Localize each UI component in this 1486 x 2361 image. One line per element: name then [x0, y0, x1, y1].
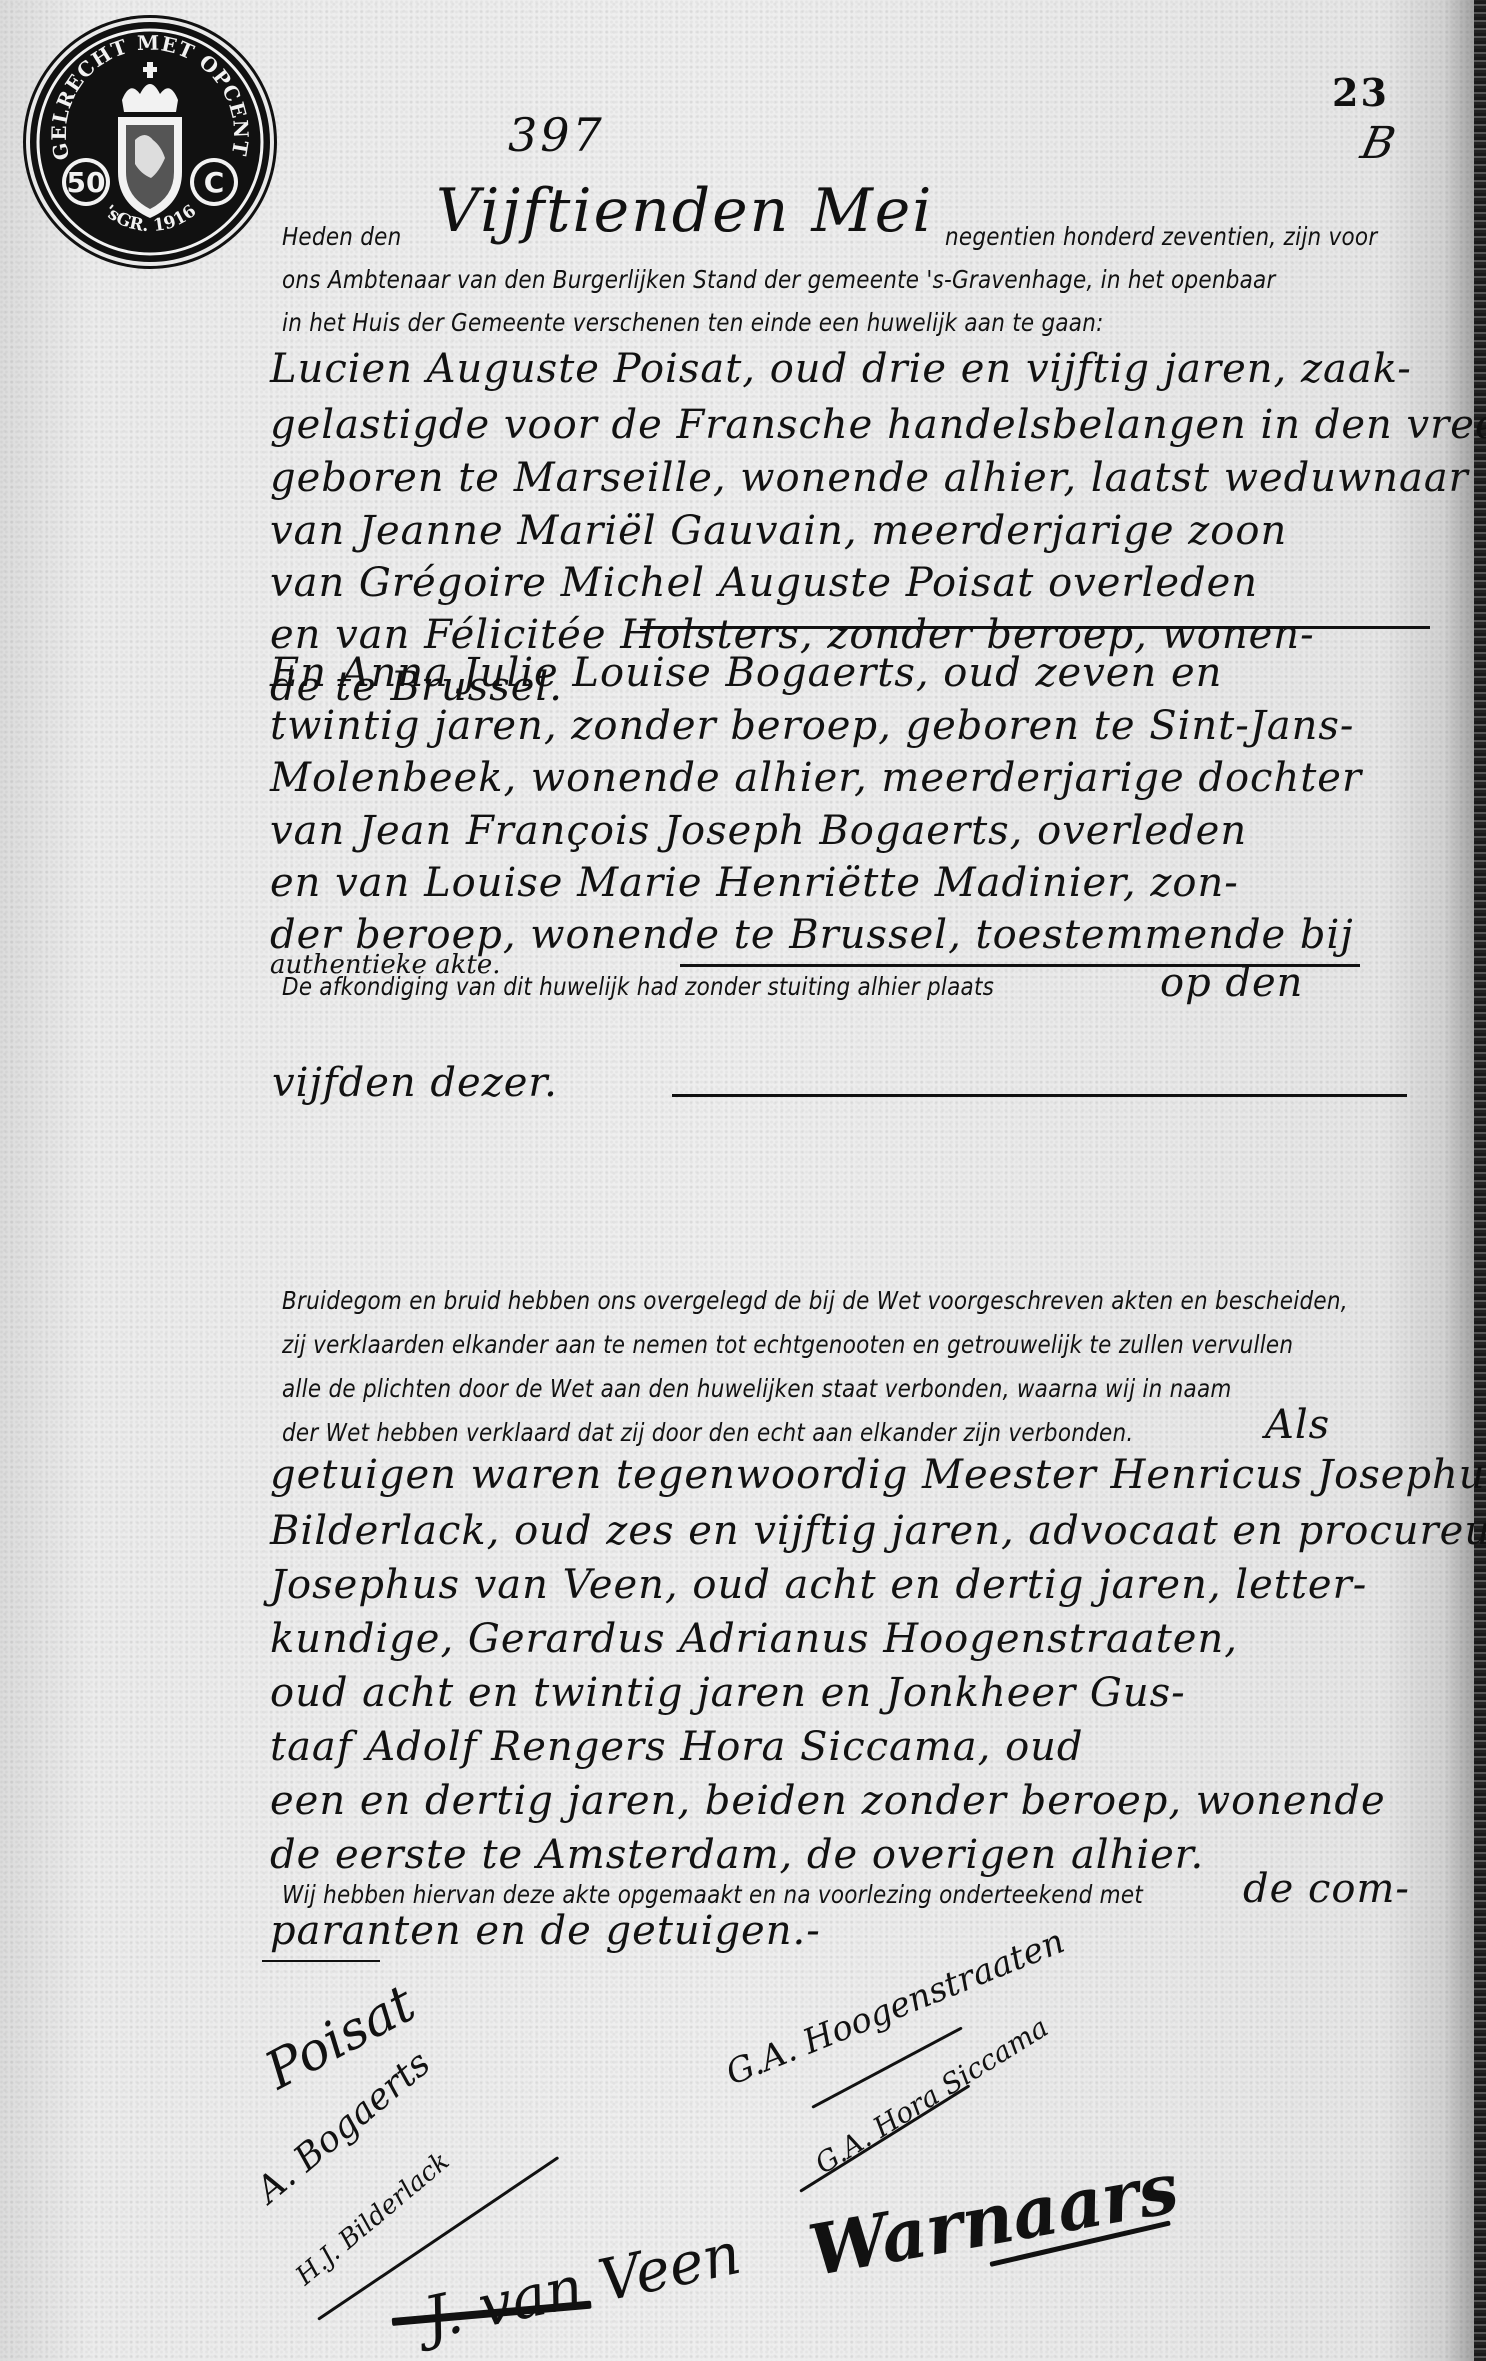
witness-line: Bilderlack, oud zes en vijftig jaren, ad…: [270, 1508, 1486, 1554]
book-binding-edge: [1474, 0, 1486, 2361]
preamble-year: negentien honderd zeventien, zijn voor: [945, 222, 1377, 251]
preamble-line-3: in het Huis der Gemeente verschenen ten …: [282, 308, 1104, 337]
tax-stamp-seal: ZEGELRECHT MET OPCENTEN 50 C 'sGR. 1916: [30, 22, 270, 262]
witness-line: kundige, Gerardus Adrianus Hoogenstraate…: [270, 1616, 1238, 1662]
declaration-line: zij verklaarden elkander aan te nemen to…: [282, 1330, 1293, 1359]
document-page: ZEGELRECHT MET OPCENTEN 50 C 'sGR. 1916 …: [0, 0, 1486, 2361]
bride-line: Molenbeek, wonende alhier, meerderjarige…: [270, 755, 1362, 801]
groom-line: Lucien Auguste Poisat, oud drie en vijft…: [270, 346, 1412, 392]
groom-line: gelastigde voor de Fransche handelsbelan…: [270, 402, 1486, 448]
folio-mark: B: [1357, 118, 1400, 169]
marriage-date: Vijftienden Mei: [436, 176, 934, 246]
groom-line: geboren te Marseille, wonende alhier, la…: [270, 455, 1469, 501]
bride-line: van Jean François Joseph Bogaerts, overl…: [270, 808, 1247, 854]
closing-rule: [262, 1960, 380, 1962]
proclamation-handwritten-2: vijfden dezer.: [272, 1060, 558, 1106]
preamble-heden-den: Heden den: [282, 222, 402, 251]
witness-line: een en dertig jaren, beiden zonder beroe…: [270, 1778, 1386, 1824]
declaration-line: Bruidegom en bruid hebben ons overgelegd…: [282, 1286, 1348, 1315]
proclamation-printed: De afkondiging van dit huwelijk had zond…: [282, 972, 994, 1001]
declaration-line: alle de plichten door de Wet aan den huw…: [282, 1374, 1232, 1403]
svg-text:50: 50: [67, 166, 106, 199]
witness-line: Josephus van Veen, oud acht en dertig ja…: [270, 1562, 1367, 1608]
proclamation-fill-rule: [672, 1094, 1407, 1097]
closing-printed: Wij hebben hiervan deze akte opgemaakt e…: [282, 1880, 1143, 1909]
bride-line: twintig jaren, zonder beroep, geboren te…: [270, 703, 1354, 749]
signature-witness-2: J. van Veen: [418, 2219, 746, 2352]
witness-line: oud acht en twintig jaren en Jonkheer Gu…: [270, 1670, 1186, 1716]
declaration-handwritten-tail: Als: [1265, 1402, 1330, 1448]
signature-registrar: Warnaars: [803, 2146, 1184, 2292]
witness-line: getuigen waren tegenwoordig Meester Henr…: [270, 1452, 1486, 1498]
proclamation-handwritten-1: op den: [1160, 960, 1303, 1006]
bride-line: en van Louise Marie Henriëtte Madinier, …: [270, 860, 1239, 906]
svg-text:C: C: [204, 166, 225, 199]
groom-line: van Grégoire Michel Auguste Poisat overl…: [270, 560, 1258, 606]
closing-handwritten-2: paranten en de getuigen.-: [270, 1908, 821, 1954]
preamble-line-2: ons Ambtenaar van den Burgerlijken Stand…: [282, 265, 1276, 294]
declaration-line: der Wet hebben verklaard dat zij door de…: [282, 1418, 1133, 1447]
witness-line: de eerste te Amsterdam, de overigen alhi…: [270, 1832, 1204, 1878]
bride-line: En Anna Julie Louise Bogaerts, oud zeven…: [270, 650, 1222, 696]
closing-handwritten-1: de com-: [1243, 1866, 1410, 1912]
act-number: 397: [508, 108, 605, 162]
page-number: 23: [1332, 70, 1389, 115]
binding-shadow: [1444, 0, 1474, 2361]
groom-fill-rule: [640, 626, 1430, 629]
coat-of-arms-icon: ZEGELRECHT MET OPCENTEN 50 C 'sGR. 1916: [30, 22, 270, 262]
witness-line: taaf Adolf Rengers Hora Siccama, oud: [270, 1724, 1084, 1770]
groom-line: van Jeanne Mariël Gauvain, meerderjarige…: [270, 508, 1287, 554]
